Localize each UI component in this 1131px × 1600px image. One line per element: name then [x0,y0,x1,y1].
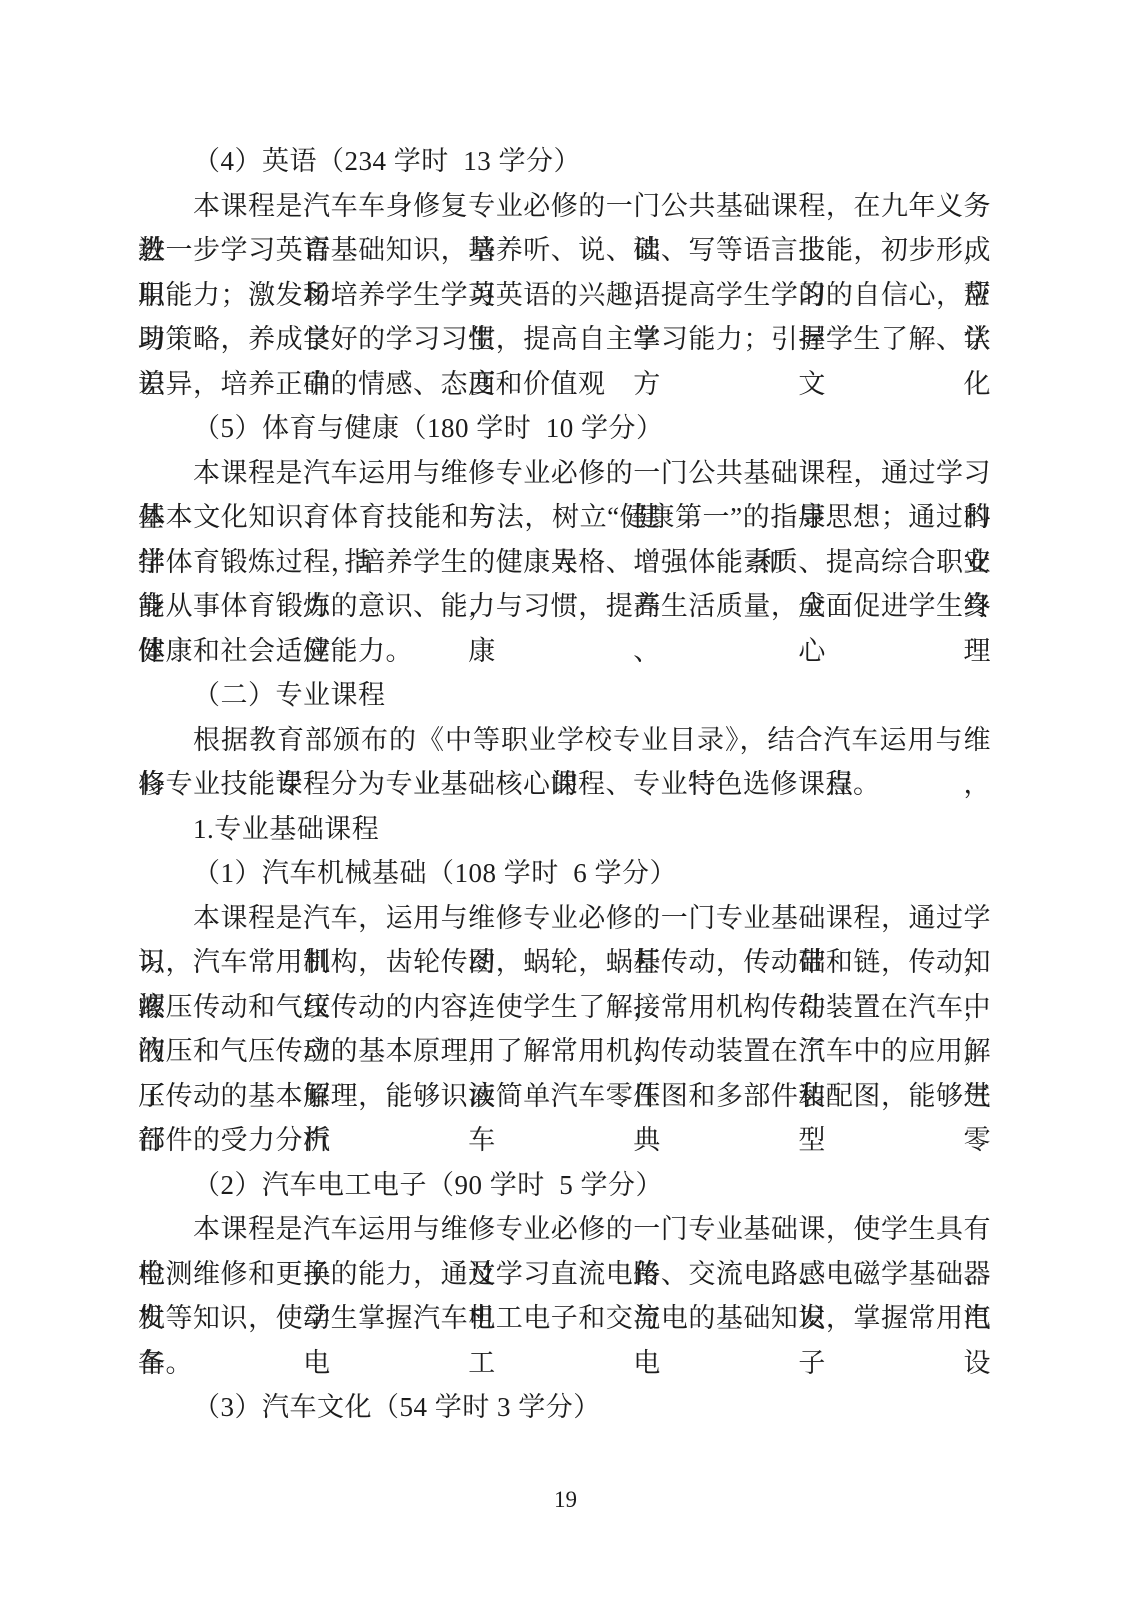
heading-line: 1.专业基础课程 [138,807,991,852]
heading-line: （1）汽车机械基础（108 学时 6 学分） [138,851,991,896]
paragraph-line: 本课程是汽车，运用与维修专业必修的一门专业基础课程，通过学习制图基础知 [138,896,991,941]
paragraph-line: 压传动的基本原理，能够识读简单汽车零件图和多部件装配图，能够进行汽车典型零 [138,1074,991,1119]
paragraph-line: 识，汽车常用机构，齿轮传动，蜗轮，蜗杆传动，传动带和链，传动，螺纹连接件， [138,940,991,985]
heading-line: （二）专业课程 [138,673,991,718]
paragraph-line: 液压传动和气压传动的内容，使学生了解，常用机构传动装置在汽车中的应用，了解 [138,985,991,1030]
paragraph-line: 机等知识，使学生掌握汽车电工电子和交流电的基础知识，掌握常用汽车电工电子设 [138,1296,991,1341]
paragraph-line: 身从事体育锻炼的意识、能力与习惯，提高生活质量，全面促进学生身体健康、心理 [138,584,991,629]
heading-line: （2）汽车电工电子（90 学时 5 学分） [138,1163,991,1208]
paragraph-line: 本课程是汽车运用与维修专业必修的一门专业基础课，使学生具有电子及传感器 [138,1207,991,1252]
heading-line: （4）英语（234 学时 13 学分） [138,139,991,184]
document-page: （4）英语（234 学时 13 学分）本课程是汽车车身修复专业必修的一门公共基础… [0,0,1131,1600]
paragraph-line: 习策略，养成良好的学习习惯，提高自主学习能力；引导学生了解、认识中西方文化 [138,317,991,362]
heading-line: （5）体育与健康（180 学时 10 学分） [138,406,991,451]
paragraph-line: 检测维修和更换的能力，通过学习直流电路、交流电路、电磁学基础、发动机与发电 [138,1252,991,1297]
paragraph-line: 本课程是汽车车身修复专业必修的一门公共基础课程，在九年义务教育基础上， [138,184,991,229]
paragraph-line: 用能力；激发和培养学生学习英语的兴趣，提高学生学习的自信心，帮助学生掌握学 [138,273,991,318]
paragraph-line: 本课程是汽车运用与维修专业必修的一门公共基础课程，通过学习体育与健康的 [138,451,991,496]
page-number: 19 [0,1486,1131,1514]
paragraph-line: 排体育锻炼过程，培养学生的健康人格、增强体能素质、提高综合职业能力，养成终 [138,540,991,585]
paragraph-line: 根据教育部颁布的《中等职业学校专业目录》，结合汽车运用与维修专业的特点， [138,718,991,763]
paragraph-line: 将专业技能课程分为专业基础核心课程、专业特色选修课程。 [138,762,991,807]
paragraph-line: 液压和气压传动的基本原理，了解常用机构传动装置在汽车中的应用，了解液压和气 [138,1029,991,1074]
paragraph-line: 基本文化知识、体育技能和方法，树立“健康第一”的指导思想；通过科学指导和安 [138,495,991,540]
heading-line: （3）汽车文化（54 学时 3 学分） [138,1385,991,1430]
paragraph-line: 进一步学习英语基础知识，培养听、说、读、写等语言技能，初步形成职场英语的应 [138,228,991,273]
page-content: （4）英语（234 学时 13 学分）本课程是汽车车身修复专业必修的一门公共基础… [138,139,991,1430]
